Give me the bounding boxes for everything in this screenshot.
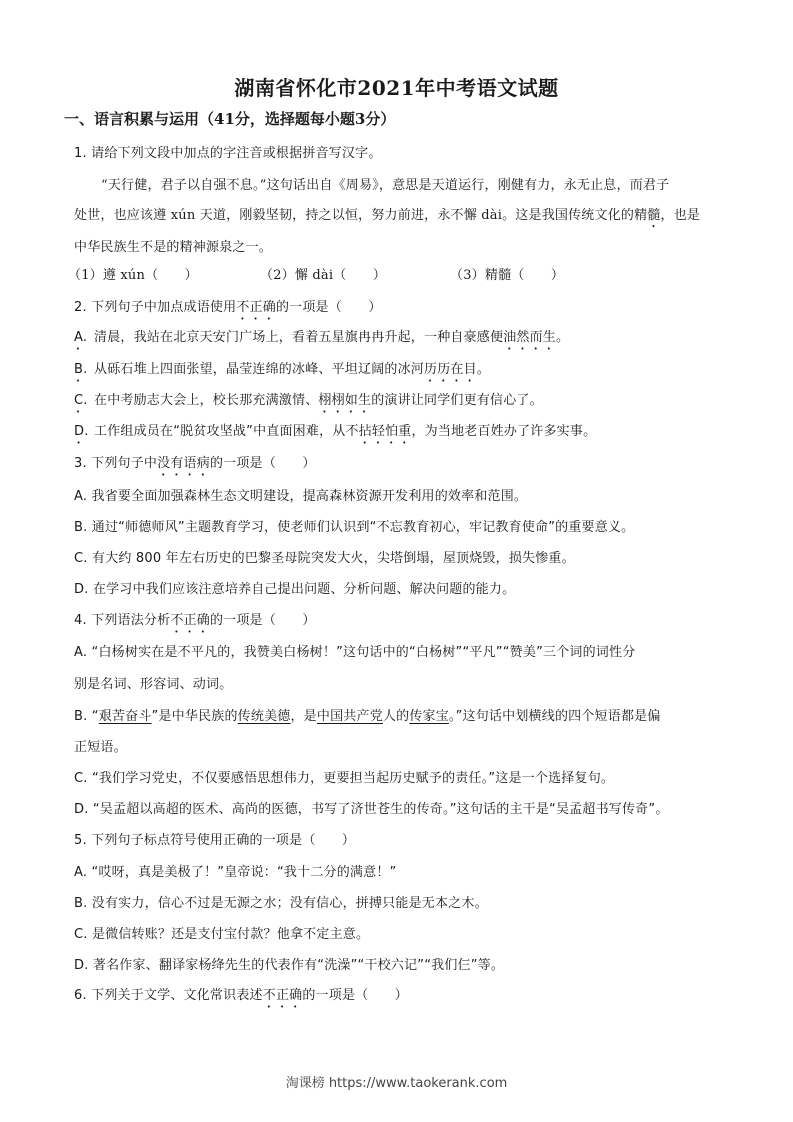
- option-label: C.: [74, 393, 94, 416]
- dotted-idiom: 油然而生: [503, 330, 556, 345]
- q1-subquestions: （1）遵 xún（ ）（2）懈 dài（ ）（3）精髓（ ）: [68, 264, 564, 283]
- page-title: 湖南省怀化市2021年中考语文试题: [0, 72, 793, 101]
- footer-watermark: 淘课榜 https://www.taokerank.com: [0, 1072, 793, 1091]
- dotted-text: 不正确: [236, 300, 276, 315]
- text: 的一项是（ ）: [302, 988, 408, 1003]
- dotted-idiom: 历历在目: [424, 362, 477, 377]
- text: ，为当地老百姓办了许多实事。: [411, 424, 596, 439]
- text: 的一项是（ ）: [276, 300, 382, 315]
- q1-passage-line-2: 处世，也应该遵 xún 天道，刚毅坚韧，持之以恒，努力前进，永不懈 dài。这是…: [74, 204, 700, 231]
- text: 。: [477, 362, 490, 377]
- text: 处世，也应该遵 xún 天道，刚毅坚韧，持之以恒，努力前进，永不懈 dài。这是…: [74, 208, 647, 223]
- dotted-text: 不正确: [263, 988, 303, 1003]
- text: 的演讲让同学们更有信心了。: [371, 393, 543, 408]
- q4-option-d: D. “吴孟超以高超的医术、高尚的医德，书写了济世苍生的传奇。”这句话的主干是“…: [74, 798, 669, 817]
- text: ，是: [290, 709, 316, 724]
- question-2-stem: 2. 下列句子中加点成语使用不正确的一项是（ ）: [74, 296, 382, 323]
- dotted-text: 不正确: [170, 613, 210, 628]
- q3-option-c: C. 有大约 800 年左右历史的巴黎圣母院突发大火，尖塔倒塌，屋顶烧毁，损失惨…: [74, 547, 575, 566]
- q2-option-d: D.工作组成员在“脱贫攻坚战”中直面困难，从不拈轻怕重，为当地老百姓办了许多实事…: [74, 420, 596, 447]
- question-6-stem: 6. 下列关于文学、文化常识表述不正确的一项是（ ）: [74, 984, 408, 1011]
- q5-option-a: A. “哎呀，真是美极了！”皇帝说：“我十二分的满意！”: [74, 861, 396, 880]
- exam-page: 湖南省怀化市2021年中考语文试题 一、语言积累与运用（41分，选择题每小题3分…: [0, 0, 793, 1122]
- section-heading: 一、语言积累与运用（41分，选择题每小题3分）: [64, 108, 395, 129]
- underlined-phrase: 中国共产党: [317, 709, 383, 724]
- text: 的一项是（ ）: [210, 613, 316, 628]
- option-label: A.: [74, 330, 94, 353]
- option-label: B.: [74, 362, 94, 385]
- q1-sub-2: （2）懈 dài（ ）: [260, 264, 450, 283]
- q5-option-c: C. 是微信转账？还是支付宝付款？他拿不定主意。: [74, 923, 369, 942]
- q5-option-b: B. 没有实力，信心不过是无源之水；没有信心，拼搏只能是无本之木。: [74, 892, 488, 911]
- q3-option-d: D. 在学习中我们应该注意培养自己提出问题、分析问题、解决问题的能力。: [74, 578, 515, 597]
- dotted-text: 没有语病: [157, 456, 210, 471]
- q1-passage-line-1: “天行健，君子以自强不息。”这句话出自《周易》，意思是天道运行，刚健有力，永无止…: [101, 174, 669, 193]
- text: 2. 下列句子中加点成语使用: [74, 300, 236, 315]
- dotted-idiom: 栩栩如生: [318, 393, 371, 408]
- q4-option-a-line-2: 别是名词、形容词、动词。: [74, 673, 232, 692]
- q1-sub-3: （3）精髓（ ）: [450, 264, 564, 283]
- question-4-stem: 4. 下列语法分析不正确的一项是（ ）: [74, 609, 316, 636]
- q4-option-b-line-1: B. “艰苦奋斗”是中华民族的传统美德，是中国共产党人的传家宝。”这句话中划横线…: [74, 705, 661, 724]
- question-1-stem: 1. 请给下列文段中加点的字注音或根据拼音写汉字。: [74, 142, 382, 161]
- text: 。: [556, 330, 569, 345]
- question-5-stem: 5. 下列句子标点符号使用正确的一项是（ ）: [74, 829, 355, 848]
- text: 从砾石堆上四面张望，晶莹连绵的冰峰、平坦辽阔的冰河: [94, 362, 424, 377]
- dotted-char: 髓: [647, 208, 660, 223]
- underlined-phrase: 传家宝: [409, 709, 449, 724]
- q3-option-a: A. 我省要全面加强森林生态文明建设，提高森林资源开发利用的效率和范围。: [74, 485, 527, 504]
- q2-option-b: B.从砾石堆上四面张望，晶莹连绵的冰峰、平坦辽阔的冰河历历在目。: [74, 358, 490, 385]
- question-3-stem: 3. 下列句子中没有语病的一项是（ ）: [74, 452, 316, 479]
- text: 4. 下列语法分析: [74, 613, 170, 628]
- q2-option-c: C.在中考励志大会上，校长那充满激情、栩栩如生的演讲让同学们更有信心了。: [74, 389, 543, 416]
- q3-option-b: B. 通过“师德师风”主题教育学习，使老师们认识到“不忘教育初心，牢记教育使命”…: [74, 516, 634, 535]
- text: 清晨，我站在北京天安门广场上，看着五星旗冉冉升起，一种自豪感便: [94, 330, 503, 345]
- text: ，也是: [661, 208, 701, 223]
- q5-option-d: D. 著名作家、翻译家杨绛先生的代表作有“洗澡”“干校六记”“我们仨”等。: [74, 954, 504, 973]
- dotted-idiom: 拈轻怕重: [359, 424, 412, 439]
- text: 。”这句话中划横线的四个短语都是偏: [449, 709, 661, 724]
- text: 人的: [383, 709, 409, 724]
- text: 工作组成员在“脱贫攻坚战”中直面困难，从不: [94, 424, 359, 439]
- text: 的一项是（ ）: [210, 456, 316, 471]
- q4-option-b-line-2: 正短语。: [74, 736, 127, 755]
- text: ”是中华民族的: [152, 709, 238, 724]
- underlined-phrase: 传统美德: [238, 709, 291, 724]
- text: 6. 下列关于文学、文化常识表述: [74, 988, 263, 1003]
- q4-option-a-line-1: A. “白杨树实在是不平凡的，我赞美白杨树！”这句话中的“白杨树”“平凡”“赞美…: [74, 641, 635, 660]
- q2-option-a: A.清晨，我站在北京天安门广场上，看着五星旗冉冉升起，一种自豪感便油然而生。: [74, 326, 569, 353]
- q4-option-c: C. “我们学习党史，不仅要感悟思想伟力，更要担当起历史赋予的责任。”这是一个选…: [74, 767, 614, 786]
- q1-sub-1: （1）遵 xún（ ）: [68, 264, 260, 283]
- text: 3. 下列句子中: [74, 456, 157, 471]
- option-label: D.: [74, 424, 94, 447]
- text: 在中考励志大会上，校长那充满激情、: [94, 393, 318, 408]
- underlined-phrase: 艰苦奋斗: [99, 709, 152, 724]
- q1-passage-line-3: 中华民族生不是的精神源泉之一。: [74, 236, 272, 255]
- text: B. “: [74, 709, 99, 724]
